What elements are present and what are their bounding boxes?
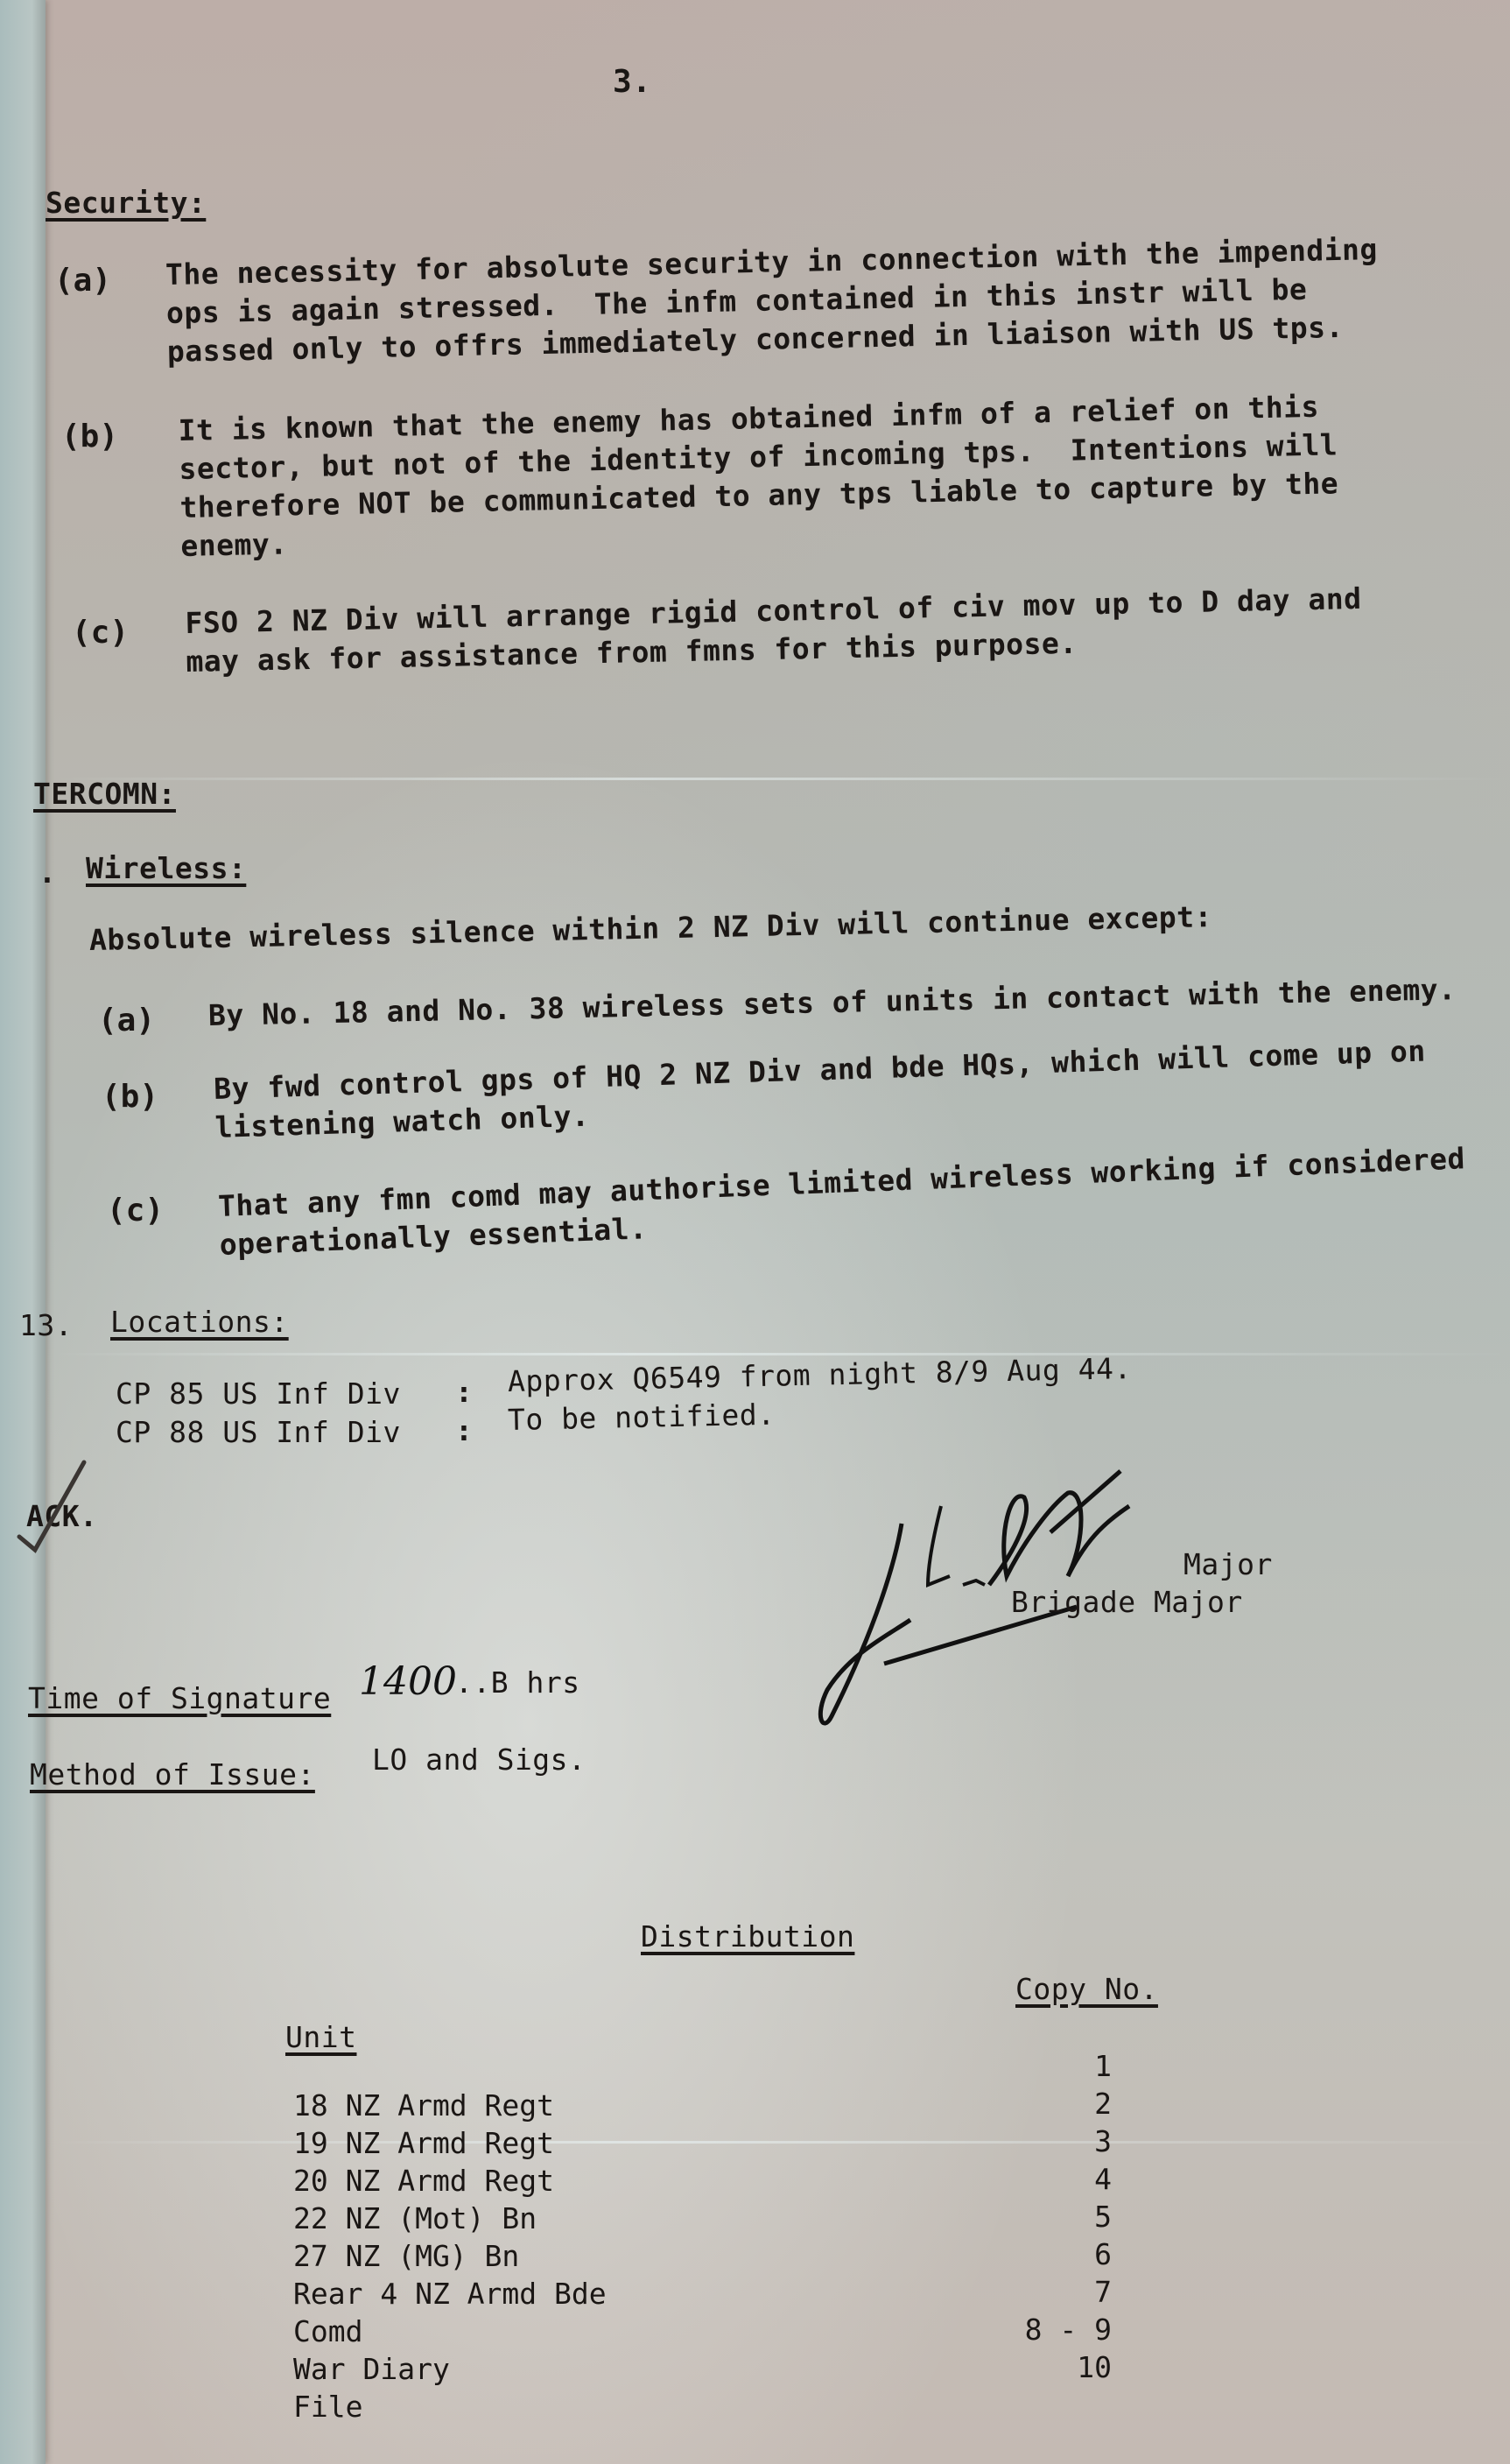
time-of-signature-handwritten: 1400 [359, 1659, 457, 1704]
location-unit: CP 85 US Inf Div [116, 1375, 401, 1413]
wireless-bullet: . [39, 854, 56, 892]
location-value: To be notified. [508, 1396, 776, 1440]
distribution-copy-number: 3 [1007, 2124, 1112, 2158]
location-separator: : [455, 1373, 473, 1412]
wireless-item-c-label: (c) [107, 1193, 164, 1228]
method-of-issue-value: LO and Sigs. [372, 1741, 586, 1779]
intercomn-heading: TERCOMN: [33, 775, 176, 813]
unit-header: Unit [285, 2018, 356, 2057]
distribution-copy-number: 8 - 9 [1007, 2313, 1112, 2347]
location-unit: CP 88 US Inf Div [116, 1413, 401, 1452]
paper-fold [53, 778, 1510, 780]
distribution-unit: Comd [293, 2314, 362, 2348]
page-number: 3. [613, 63, 651, 102]
distribution-unit: File [293, 2390, 362, 2424]
wireless-heading: Wireless: [86, 849, 246, 888]
distribution-copy-number: 2 [1007, 2087, 1112, 2121]
signature-rank: Major [1183, 1545, 1273, 1584]
paper-fold [53, 2141, 1510, 2144]
wireless-item-b-label: (b) [102, 1079, 158, 1115]
distribution-unit: 19 NZ Armd Regt [293, 2126, 554, 2160]
distribution-copy-number: 10 [1007, 2350, 1112, 2384]
distribution-copy-number: 1 [1007, 2049, 1112, 2083]
paper-fold [53, 1353, 1510, 1355]
distribution-copy-number: 7 [1007, 2275, 1112, 2309]
distribution-unit: Rear 4 NZ Armd Bde [293, 2277, 607, 2311]
security-item-c-label: (c) [72, 615, 129, 651]
page-binding-edge [0, 0, 46, 2464]
signature-title: Brigade Major [1011, 1583, 1243, 1622]
distribution-unit: 22 NZ (Mot) Bn [293, 2201, 537, 2235]
distribution-unit: 27 NZ (MG) Bn [293, 2239, 519, 2273]
locations-number: 13. [19, 1306, 73, 1345]
distribution-copy-number: 6 [1007, 2237, 1112, 2271]
distribution-unit: War Diary [293, 2352, 450, 2386]
distribution-heading: Distribution [641, 1918, 854, 1956]
check-mark-icon [16, 1454, 95, 1559]
security-item-b-label: (b) [61, 419, 118, 454]
security-item-b-text: It is known that the enemy has obtained … [178, 387, 1339, 566]
locations-heading: Locations: [110, 1303, 289, 1341]
distribution-unit: 18 NZ Armd Regt [293, 2088, 554, 2123]
copy-no-header: Copy No. [1015, 1970, 1158, 2009]
security-heading: Security: [46, 184, 206, 222]
security-item-a-label: (a) [54, 263, 111, 299]
time-of-signature-suffix: ..B hrs [455, 1664, 580, 1702]
method-of-issue-label: Method of Issue: [30, 1756, 315, 1794]
location-separator: : [455, 1412, 473, 1450]
distribution-copy-number: 5 [1007, 2200, 1112, 2234]
distribution-copy-number: 4 [1007, 2162, 1112, 2196]
time-of-signature-label: Time of Signature [28, 1679, 331, 1718]
distribution-unit: 20 NZ Armd Regt [293, 2164, 554, 2198]
wireless-item-a-label: (a) [98, 1003, 155, 1038]
